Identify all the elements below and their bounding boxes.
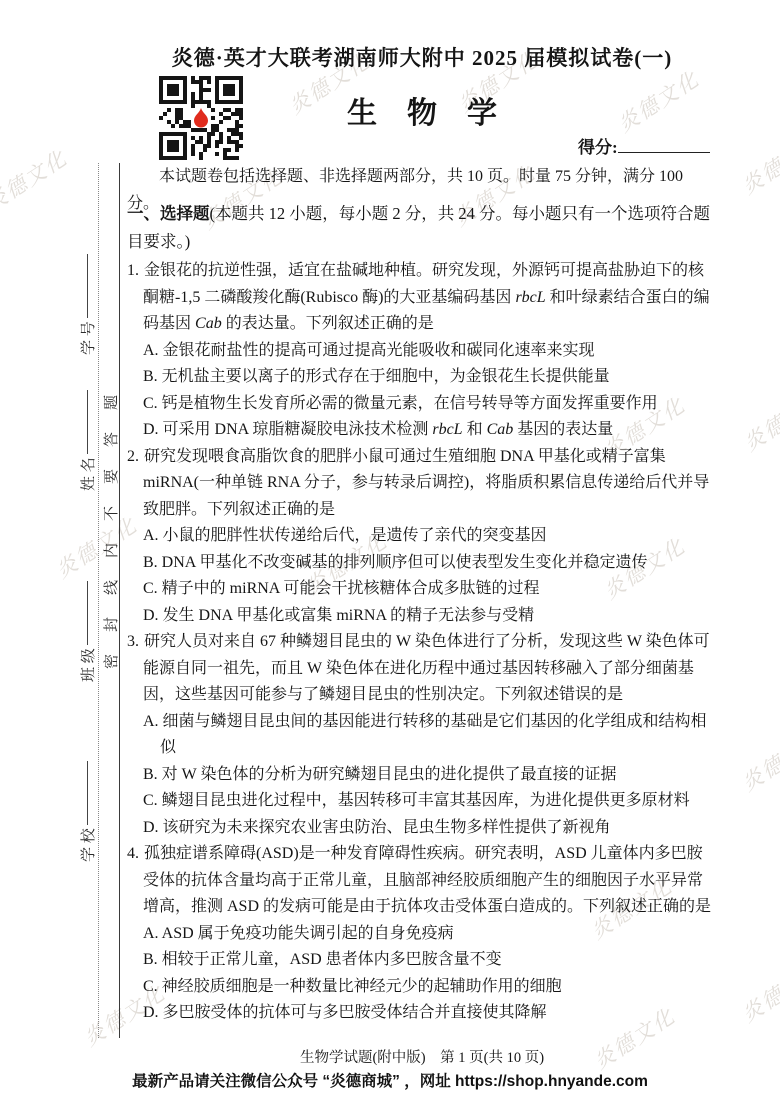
seal-instruction-text: 密封线内不要答题 — [100, 371, 118, 671]
section-heading: 一、选择题(本题共 12 小题，每小题 2 分，共 24 分。每小题只有一个选项… — [127, 200, 717, 256]
watermark: 炎德文化 — [0, 142, 73, 217]
question-number: 2. — [127, 448, 139, 465]
field-name: 姓 名 — [77, 367, 97, 491]
field-class-label: 班 级 — [77, 648, 98, 682]
gene-name: Cab — [487, 421, 514, 438]
gene-name: rbcL — [432, 421, 462, 438]
student-id-blank-line — [86, 254, 88, 318]
option-d: D. 可采用 DNA 琼脂糖凝胶电泳技术检测 rbcL 和 Cab 基因的表达量 — [143, 417, 717, 444]
option-a: A. ASD 属于免疫功能失调引起的自身免疫病 — [143, 921, 717, 948]
field-school: 学 校 — [77, 738, 97, 862]
name-blank-line — [86, 390, 88, 454]
option-d: D. 多巴胺受体的抗体可与多巴胺受体结合并直接使其降解 — [143, 1000, 717, 1027]
class-blank-line — [86, 581, 88, 645]
question-1: 1.金银花的抗逆性强，适宜在盐碱地种植。研究发现，外源钙可提高盐胁迫下的核酮糖-… — [127, 258, 717, 444]
question-stem: 3.研究人员对来自 67 种鳞翅目昆虫的 W 染色体进行了分析，发现这些 W 染… — [143, 629, 717, 709]
question-stem: 1.金银花的抗逆性强，适宜在盐碱地种植。研究发现，外源钙可提高盐胁迫下的核酮糖-… — [143, 258, 717, 338]
section-heading-title: 一、选择题 — [127, 204, 210, 223]
watermark: 炎德文化 — [735, 722, 780, 797]
exam-title: 炎德·英才大联考湖南师大附中 2025 届模拟试卷(一) — [127, 42, 717, 72]
question-number: 4. — [127, 845, 139, 862]
section-heading-note: (本题共 12 小题，每小题 2 分，共 24 分。每小题只有一个选项符合题目要… — [127, 204, 710, 251]
school-blank-line — [86, 761, 88, 825]
option-c: C. 神经胶质细胞是一种数量比神经元少的起辅助作用的细胞 — [143, 974, 717, 1001]
option-c: C. 鳞翅目昆虫进化过程中，基因转移可丰富其基因库，为进化提供更多原材料 — [143, 788, 717, 815]
gene-name: Cab — [195, 315, 222, 332]
question-stem: 4.孤独症谱系障碍(ASD)是一种发育障碍性疾病。研究表明，ASD 儿童体内多巴… — [143, 841, 717, 921]
field-school-label: 学 校 — [77, 828, 98, 862]
score-field: 得分: — [578, 133, 710, 158]
question-4: 4.孤独症谱系障碍(ASD)是一种发育障碍性疾病。研究表明，ASD 儿童体内多巴… — [127, 841, 717, 1027]
question-list: 1.金银花的抗逆性强，适宜在盐碱地种植。研究发现，外源钙可提高盐胁迫下的核酮糖-… — [127, 258, 717, 1027]
option-c: C. 精子中的 miRNA 可能会干扰核糖体合成多肽链的过程 — [143, 576, 717, 603]
question-3: 3.研究人员对来自 67 种鳞翅目昆虫的 W 染色体进行了分析，发现这些 W 染… — [127, 629, 717, 841]
option-a: A. 细菌与鳞翅目昆虫间的基因能进行转移的基础是它们基因的化学组成和结构相似 — [143, 709, 717, 762]
question-number: 1. — [127, 262, 139, 279]
score-blank-line — [618, 138, 710, 153]
field-student-id: 学 号 — [77, 231, 97, 355]
score-label: 得分: — [578, 138, 618, 157]
option-b: B. 无机盐主要以离子的形式存在于细胞中，为金银花生长提供能量 — [143, 364, 717, 391]
subject-title: 生 物 学 — [127, 88, 717, 132]
option-d: D. 该研究为未来探究农业害虫防治、昆虫生物多样性提供了新视角 — [143, 815, 717, 842]
watermark: 炎德文化 — [737, 382, 780, 457]
footer-page-info: 生物学试题(附中版) 第 1 页(共 10 页) — [127, 1046, 717, 1067]
option-a: A. 金银花耐盐性的提高可通过提高光能吸收和碳同化速率来实现 — [143, 338, 717, 365]
option-d: D. 发生 DNA 甲基化或富集 miRNA 的精子无法参与受精 — [143, 603, 717, 630]
field-name-label: 姓 名 — [77, 457, 98, 491]
dotted-seal-line — [98, 163, 99, 1038]
watermark: 炎德文化 — [735, 125, 780, 200]
footer-promo-text: 最新产品请关注微信公众号 “炎德商城” ，网址 https://shop.hny… — [0, 1069, 780, 1091]
gene-name: rbcL — [515, 289, 545, 306]
exam-paper-page: 炎德文化 炎德文化 炎德文化 炎德文化 炎德文化 炎德文化 炎德文化 炎德文化 … — [0, 0, 780, 1104]
question-2: 2.研究发现喂食高脂饮食的肥胖小鼠可通过生殖细胞 DNA 甲基化或精子富集 mi… — [127, 444, 717, 630]
question-stem: 2.研究发现喂食高脂饮食的肥胖小鼠可通过生殖细胞 DNA 甲基化或精子富集 mi… — [143, 444, 717, 524]
option-b: B. 相较于正常儿童，ASD 患者体内多巴胺含量不变 — [143, 947, 717, 974]
watermark: 炎德文化 — [735, 953, 780, 1028]
question-number: 3. — [127, 633, 139, 650]
field-student-id-label: 学 号 — [77, 321, 98, 355]
option-a: A. 小鼠的肥胖性状传递给后代，是遗传了亲代的突变基因 — [143, 523, 717, 550]
option-b: B. 对 W 染色体的分析为研究鳞翅目昆虫的进化提供了最直接的证据 — [143, 762, 717, 789]
option-b: B. DNA 甲基化不改变碱基的排列顺序但可以使表型发生变化并稳定遗传 — [143, 550, 717, 577]
option-c: C. 钙是植物生长发育所必需的微量元素，在信号转导等方面发挥重要作用 — [143, 391, 717, 418]
field-class: 班 级 — [77, 558, 97, 682]
